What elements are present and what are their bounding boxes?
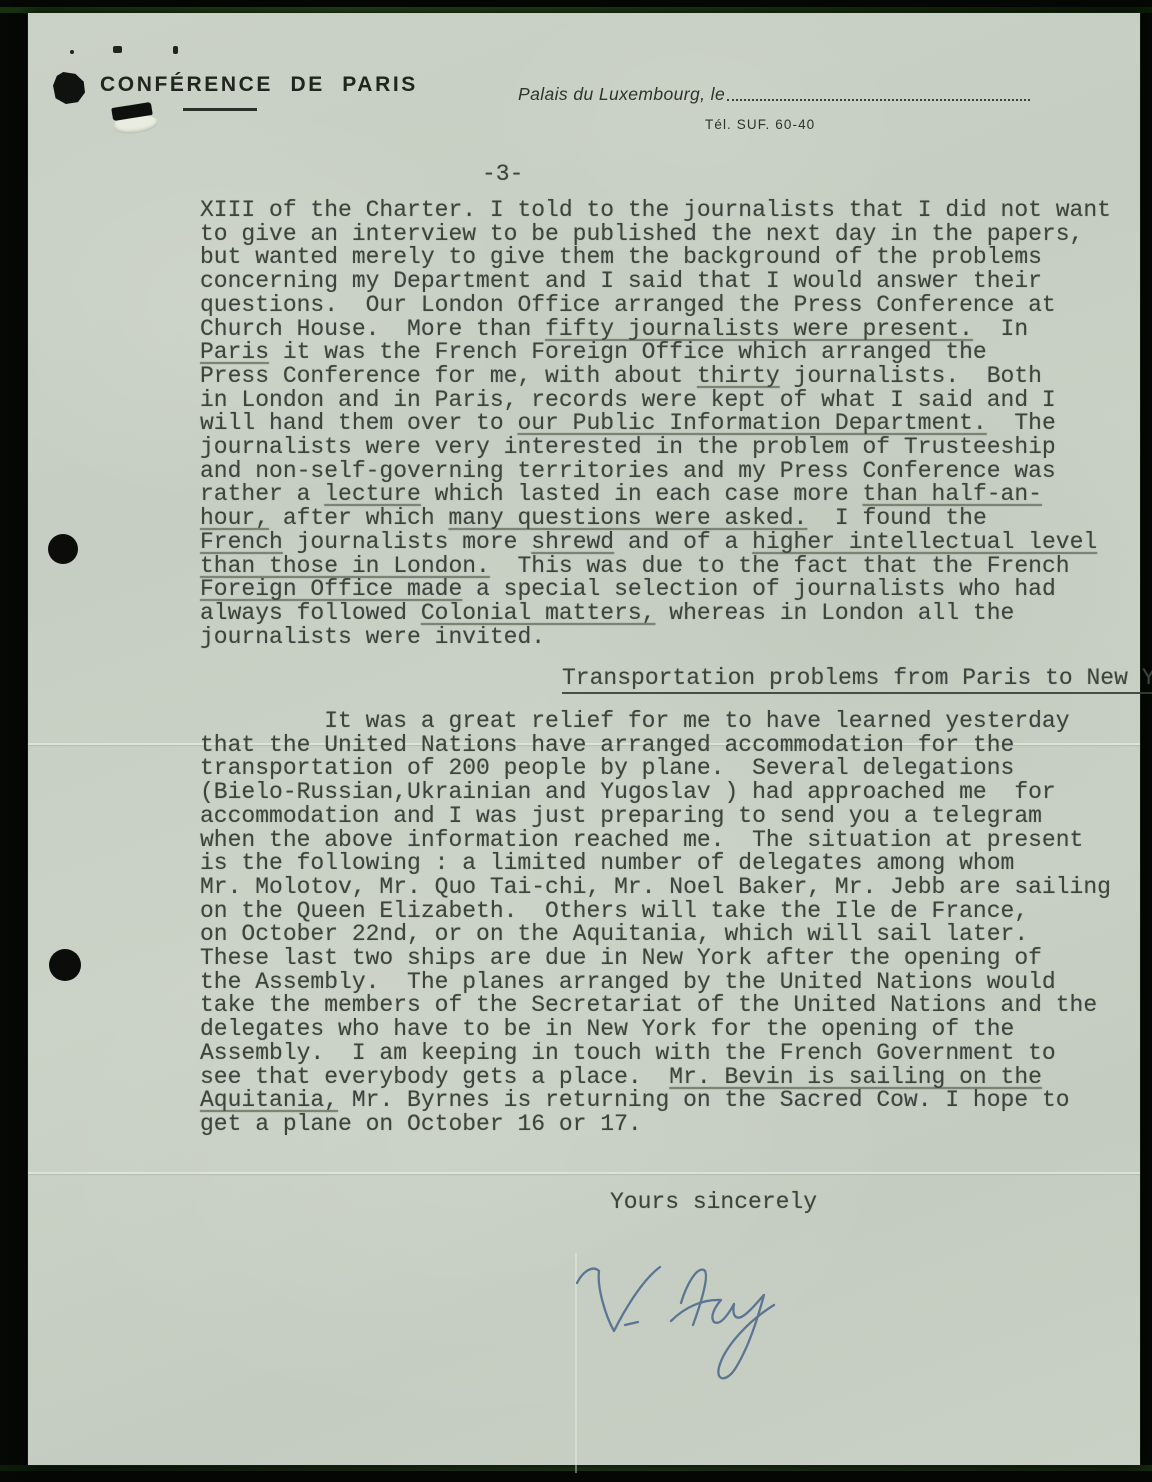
typed-text: that the United Nations have arranged ac… [200,732,1014,758]
typed-line: get a plane on October 16 or 17. [200,1113,1111,1137]
typed-text: The [987,410,1056,436]
ink-speck [173,46,178,54]
typed-line: always followed Colonial matters, wherea… [200,602,1111,626]
typed-text: Church House. More than [200,316,545,342]
typed-line: the Assembly. The planes arranged by the… [200,971,1111,995]
paragraph-press-conferences: XIII of the Charter. I told to the journ… [200,199,1111,649]
pencil-underlined-text: fifty journalists were present. [545,316,973,342]
typed-line: that the United Nations have arranged ac… [200,734,1111,758]
typed-line: (Bielo-Russian,Ukrainian and Yugoslav ) … [200,781,1111,805]
typed-line: French journalists more shrewd and of a … [200,531,1111,555]
typed-line: These last two ships are due in New York… [200,947,1111,971]
ink-speck [70,50,74,54]
typed-text: concerning my Department and I said that… [200,268,1042,294]
pencil-underlined-text: than half-an- [863,481,1042,507]
pencil-underlined-text: Paris [200,339,269,365]
pencil-underlined-text: Colonial matters, [421,600,656,626]
typed-text: accommodation and I was just preparing t… [200,803,1042,829]
hole-punch-top [48,534,78,564]
pencil-underlined-text: French [200,529,283,555]
pencil-underlined-text: many questions were asked. [448,505,807,531]
pencil-underlined-text: Mr. Bevin is sailing on the [669,1064,1042,1090]
typed-line: Church House. More than fifty journalist… [200,318,1111,342]
typed-text: (Bielo-Russian,Ukrainian and Yugoslav ) … [200,779,1056,805]
pencil-underlined-text: hour, [200,505,269,531]
typed-text: delegates who have to be in New York for… [200,1016,1014,1042]
typed-text: get a plane on October 16 or 17. [200,1111,642,1137]
typed-text: when the above information reached me. T… [200,827,1083,853]
typed-text: whereas in London all the [655,600,1014,626]
typed-text: I found the [807,505,986,531]
typed-text: These last two ships are due in New York… [200,945,1042,971]
typed-line: It was a great relief for me to have lea… [200,710,1111,734]
fold-crease-lower [28,1172,1140,1174]
typed-line: Mr. Molotov, Mr. Quo Tai-chi, Mr. Noel B… [200,876,1111,900]
typed-line: is the following : a limited number of d… [200,852,1111,876]
page-number: -3- [482,161,523,187]
letterhead-rule [183,108,257,111]
typed-line: journalists were invited. [200,626,1111,650]
typed-line: will hand them over to our Public Inform… [200,412,1111,436]
typed-line: take the members of the Secretariat of t… [200,994,1111,1018]
pencil-underlined-text: Foreign Office made [200,576,462,602]
typed-text: on the Queen Elizabeth. Others will take… [200,898,1028,924]
typed-text: on October 22nd, or on the Aquitania, wh… [200,921,1028,947]
typed-text: Mr. Molotov, Mr. Quo Tai-chi, Mr. Noel B… [200,874,1111,900]
typed-line: Paris it was the French Foreign Office w… [200,341,1111,365]
letterhead-dateline: Palais du Luxembourg, le [518,84,1030,105]
typed-text: it was the French Foreign Office which a… [269,339,987,365]
typed-text: and non-self-governing territories and m… [200,458,1056,484]
typed-text: always followed [200,600,421,626]
ink-speck [113,46,122,53]
typed-line: rather a lecture which lasted in each ca… [200,483,1111,507]
handwritten-signature [563,1255,803,1410]
typed-line: transportation of 200 people by plane. S… [200,757,1111,781]
letterhead-phone: Tél. SUF. 60-40 [705,117,815,132]
section-heading-text: Transportation problems from Paris to Ne… [562,665,1152,694]
typed-text: the Assembly. The planes arranged by the… [200,969,1056,995]
typed-text: to give an interview to be published the… [200,221,1083,247]
typed-text: after which [269,505,448,531]
scanned-letter-page: { "colors": { "ink": "#3c443d", "paper":… [0,0,1152,1482]
pencil-underlined-text: our Public Information Department. [517,410,986,436]
typed-text: journalists. Both [780,363,1042,389]
typed-line: than those in London. This was due to th… [200,555,1111,579]
typed-text: take the members of the Secretariat of t… [200,992,1097,1018]
closing-salutation: Yours sincerely [610,1189,817,1215]
typed-line: on October 22nd, or on the Aquitania, wh… [200,923,1111,947]
pencil-underlined-text: shrewd [531,529,614,555]
typed-text: It was a great relief for me to have lea… [200,708,1070,734]
typed-text: journalists were invited. [200,624,545,650]
pencil-underlined-text: Aquitania, [200,1087,338,1113]
typed-text: journalists were very interested in the … [200,434,1056,460]
hole-punch-bottom [49,949,81,981]
typed-line: to give an interview to be published the… [200,223,1111,247]
typed-line: on the Queen Elizabeth. Others will take… [200,900,1111,924]
letterhead-address-label: Palais du Luxembourg, le [518,84,725,105]
typed-line: hour, after which many questions were as… [200,507,1111,531]
pencil-underlined-text: lecture [324,481,421,507]
typed-text: will hand them over to [200,410,517,436]
signature-stroke-name [671,1270,774,1379]
typed-text: transportation of 200 people by plane. S… [200,755,1014,781]
typed-text: XIII of the Charter. I told to the journ… [200,197,1111,223]
signature-stroke-dash [625,1322,638,1325]
typed-line: Assembly. I am keeping in touch with the… [200,1042,1111,1066]
typed-line: in London and in Paris, records were kep… [200,389,1111,413]
typed-line: questions. Our London Office arranged th… [200,294,1111,318]
typed-text: Press Conference for me, with about [200,363,697,389]
typed-text: which lasted in each case more [421,481,863,507]
typed-line: when the above information reached me. T… [200,829,1111,853]
letter-paper: CONFÉRENCE DE PARIS Palais du Luxembourg… [28,13,1140,1465]
typed-text: Assembly. I am keeping in touch with the… [200,1040,1056,1066]
typed-line: XIII of the Charter. I told to the journ… [200,199,1111,223]
typed-line: Aquitania, Mr. Byrnes is returning on th… [200,1089,1111,1113]
typed-text: questions. Our London Office arranged th… [200,292,1056,318]
typed-text: but wanted merely to give them the backg… [200,244,1042,270]
typed-line: accommodation and I was just preparing t… [200,805,1111,829]
signature-stroke-v [577,1267,660,1331]
typed-line: but wanted merely to give them the backg… [200,246,1111,270]
typed-line: and non-self-governing territories and m… [200,460,1111,484]
typed-text: and of a [614,529,752,555]
typed-line: delegates who have to be in New York for… [200,1018,1111,1042]
typed-line: concerning my Department and I said that… [200,270,1111,294]
letterhead-org-name: CONFÉRENCE DE PARIS [100,73,418,97]
dotted-leader-line [727,99,1030,101]
typed-text: This was due to the fact that the French [490,553,1070,579]
typed-line: Press Conference for me, with about thir… [200,365,1111,389]
typed-line: see that everybody gets a place. Mr. Bev… [200,1066,1111,1090]
paragraph-transportation: It was a great relief for me to have lea… [200,710,1111,1137]
typed-text: in London and in Paris, records were kep… [200,387,1056,413]
typed-text: is the following : a limited number of d… [200,850,1014,876]
pencil-underlined-text: higher intellectual level [752,529,1097,555]
pencil-underlined-text: than those in London. [200,553,490,579]
ink-blot-icon [53,72,85,104]
section-heading: Transportation problems from Paris to Ne… [562,665,1152,691]
typed-text: a special selection of journalists who h… [462,576,1056,602]
typed-text: rather a [200,481,324,507]
typed-text: journalists more [283,529,531,555]
pencil-underlined-text: thirty [697,363,780,389]
typed-text: see that everybody gets a place. [200,1064,669,1090]
typed-text: Mr. Byrnes is returning on the Sacred Co… [338,1087,1070,1113]
typed-line: journalists were very interested in the … [200,436,1111,460]
typed-line: Foreign Office made a special selection … [200,578,1111,602]
typed-text: In [973,316,1028,342]
